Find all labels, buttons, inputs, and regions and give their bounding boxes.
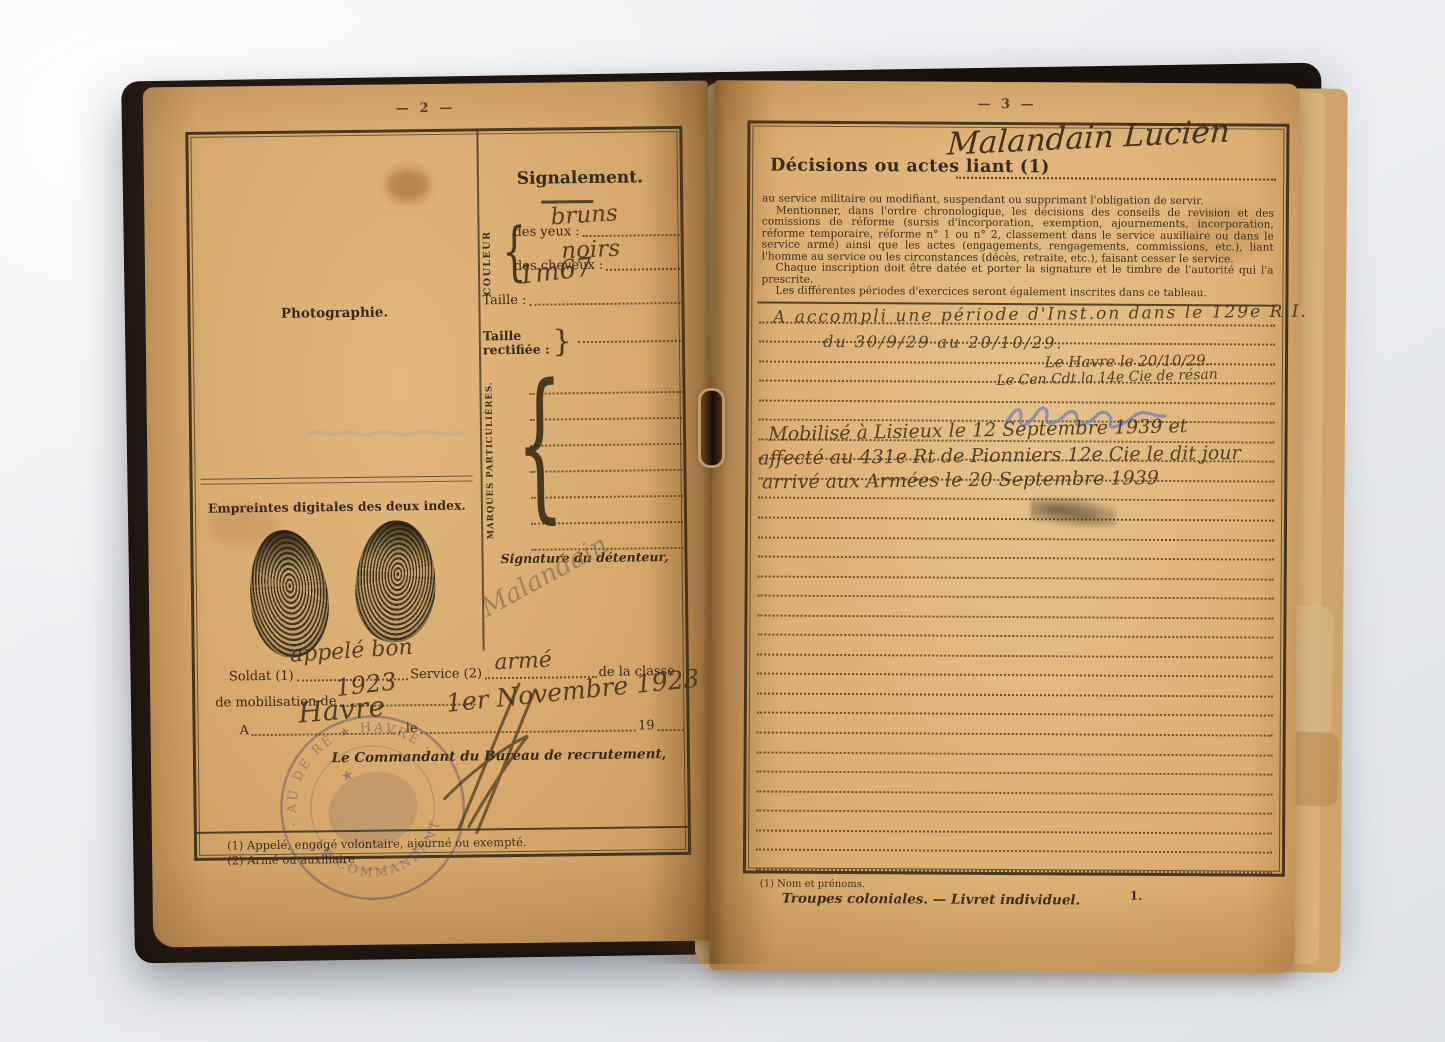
stamp-star-icon: ★ bbox=[339, 766, 357, 786]
dotted-leader bbox=[658, 725, 684, 731]
marques-line bbox=[530, 393, 682, 421]
name-dotted-leader bbox=[956, 177, 1276, 181]
height-corrected-line1: Taille bbox=[483, 328, 550, 343]
dotted-leader bbox=[529, 298, 680, 306]
left-page-frame: Photographie. Empreintes digitales des d… bbox=[185, 126, 691, 861]
height-row: Taille : bbox=[482, 291, 682, 308]
left-page: — 2 — Photographie. Empreintes digitales… bbox=[143, 81, 718, 948]
place-label: A bbox=[240, 723, 250, 738]
page-number-2: — 2 — bbox=[143, 98, 708, 120]
marques-line bbox=[531, 497, 683, 525]
decisions-header: Décisions ou actes liant (1) Malandain L… bbox=[757, 129, 1278, 306]
marques-line bbox=[530, 445, 682, 473]
height-label: Taille : bbox=[482, 293, 526, 309]
eyes-handwriting: bruns bbox=[550, 200, 619, 230]
dotted-leader bbox=[606, 264, 680, 271]
couleur-vertical-label: COULEUR bbox=[481, 223, 493, 295]
dotted-leader bbox=[578, 339, 681, 342]
binding-stitch bbox=[701, 391, 722, 465]
soldat-section: Soldat (1) Service (2) de la classe appe… bbox=[195, 648, 688, 834]
marques-vertical-label: MARQUES PARTICULIÈRES. bbox=[484, 367, 496, 539]
right-footnote: (1) Nom et prénoms. bbox=[760, 879, 865, 891]
photo-of-military-booklet: — 2 — Photographie. Empreintes digitales… bbox=[0, 0, 1445, 1042]
marques-lines bbox=[529, 367, 683, 551]
marques-line bbox=[531, 471, 683, 499]
entry-line-7: arrivé aux Armées le 20 Septembre 1939 bbox=[762, 467, 1159, 494]
intro-paragraph-2: Mentionner, dans l'ordre chronologique, … bbox=[762, 205, 1274, 266]
imprint-line: Troupes coloniales. — Livret individuel. bbox=[782, 891, 1081, 909]
entry-line-2: du 30/9/29 au 20/10/29. bbox=[823, 332, 1063, 352]
left-footnotes: (1) Appelé, engagé volontaire, ajourné o… bbox=[227, 835, 527, 869]
right-page-frame: Décisions ou actes liant (1) Malandain L… bbox=[743, 120, 1290, 876]
marques-line bbox=[530, 419, 682, 447]
ruled-lines bbox=[756, 303, 1275, 873]
decisions-intro: au service militaire ou modifiant, suspe… bbox=[761, 194, 1274, 301]
right-page: — 3 — Décisions ou actes liant (1) Malan… bbox=[709, 80, 1299, 974]
signalement-title: Signalement. bbox=[477, 167, 683, 190]
height-corrected-row: Taille rectifiée : } bbox=[483, 323, 683, 360]
torn-page-tab-small bbox=[1289, 731, 1340, 807]
page-number-3: — 3 — bbox=[715, 95, 1300, 114]
faint-blue-scribble bbox=[302, 417, 472, 445]
marques-line bbox=[529, 367, 681, 395]
ink-smudge bbox=[1030, 497, 1116, 528]
soldat-label: Soldat (1) bbox=[229, 669, 294, 685]
year-prefix: 19 bbox=[638, 718, 655, 733]
commandant-signature-scribble bbox=[423, 678, 555, 850]
service-handwriting: armé bbox=[494, 648, 553, 676]
intro-paragraph-4: Les différentes périodes d'exercices ser… bbox=[761, 286, 1273, 301]
signature-mark: 1. bbox=[1130, 889, 1143, 903]
name-handwriting: Malandain Lucien bbox=[946, 113, 1231, 162]
ruled-line bbox=[756, 851, 1272, 874]
